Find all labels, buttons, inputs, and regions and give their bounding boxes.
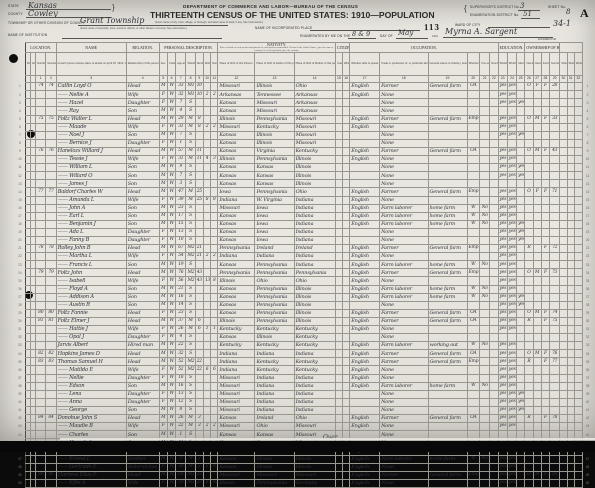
cell-bpm: Illinois xyxy=(294,180,335,188)
cell-name: —— Edson xyxy=(56,382,126,390)
cell-yrs: 3 xyxy=(195,423,203,431)
cell-vet xyxy=(560,196,567,204)
cell-fh xyxy=(541,261,549,269)
cell-fh: F xyxy=(541,309,549,317)
cell-eng: English xyxy=(350,350,380,358)
table-row: 40—— AnnaDaughterFW12SMissouriIndianaInd… xyxy=(15,398,592,406)
cell-name: —— John A xyxy=(56,204,126,212)
cell-cl xyxy=(211,212,218,220)
cell-ind xyxy=(428,406,467,414)
cell-cb xyxy=(203,188,210,196)
cell-yrs xyxy=(195,164,203,172)
cell-ln: 34 xyxy=(15,350,25,358)
cell-own xyxy=(525,326,533,334)
cell-imm xyxy=(335,358,342,366)
subheader-eng: Whether able to speak English; or, if no… xyxy=(350,53,380,76)
group-relation: RELATION. xyxy=(126,43,159,53)
cell-sex: M xyxy=(159,83,167,91)
cell-bpf: Pennsylvania xyxy=(255,301,294,309)
cell-cl xyxy=(211,317,218,325)
cell-name: —— Tessie J xyxy=(56,156,126,164)
cell-bpf: Pennsylvania xyxy=(255,317,294,325)
cell-wr: yes xyxy=(507,301,516,309)
cell-nat xyxy=(343,220,350,228)
cell-bpf: Pennsylvania xyxy=(255,188,294,196)
cell-bl xyxy=(567,334,574,342)
cell-sex: M xyxy=(159,342,167,350)
cell-name: —— Benjamin J xyxy=(56,220,126,228)
cell-fh xyxy=(541,236,549,244)
cell-bp: Illinois xyxy=(218,156,255,164)
cell-sex: M xyxy=(159,350,167,358)
cell-name: —— Francis L xyxy=(56,261,126,269)
cell-own xyxy=(525,180,533,188)
cell-sch xyxy=(517,196,525,204)
cell-bpm: Kentucky xyxy=(294,147,335,155)
table-row: 308181Foltz Elmer JHeadMW37M6IllinoisPen… xyxy=(15,317,592,325)
cell-dw xyxy=(36,374,46,382)
cell-col: W xyxy=(167,123,175,131)
cell-wks xyxy=(490,398,498,406)
cell-fam xyxy=(46,374,56,382)
subheader-ind: General nature of industry, business, or… xyxy=(428,53,467,76)
cell-cl xyxy=(211,293,218,301)
cell-ln: 27 xyxy=(15,293,25,301)
cell-df xyxy=(574,83,582,91)
cell-ln2: 23 xyxy=(582,261,592,269)
cell-col: W xyxy=(167,220,175,228)
cell-nat xyxy=(343,204,350,212)
cell-wr: yes xyxy=(507,91,516,99)
cell-fam: 78 xyxy=(46,245,56,253)
cell-ow xyxy=(480,156,490,164)
cell-bp: Kansas xyxy=(218,293,255,301)
cell-sch xyxy=(517,317,525,325)
cell-mar: S xyxy=(186,180,195,188)
subheader-cl: Number now living. xyxy=(211,53,218,76)
cell-cl xyxy=(211,285,218,293)
cell-ow xyxy=(480,317,490,325)
cell-age: 16 xyxy=(176,293,186,301)
cell-fh xyxy=(541,334,549,342)
cell-wks xyxy=(490,317,498,325)
cell-dw xyxy=(36,390,46,398)
cell-age: 22 xyxy=(176,423,186,431)
cell-mar: S xyxy=(186,204,195,212)
cell-name: Donohue John S xyxy=(56,415,126,423)
cell-own xyxy=(525,390,533,398)
cell-occ: Farm laborer xyxy=(380,212,428,220)
cell-bp: Kansas xyxy=(218,261,255,269)
cell-wks xyxy=(490,309,498,317)
cell-fh: F xyxy=(541,83,549,91)
cell-fam xyxy=(46,228,56,236)
cell-occ: None xyxy=(380,228,428,236)
cell-wr: yes xyxy=(507,131,516,139)
cell-imm xyxy=(335,390,342,398)
cell-imm xyxy=(335,342,342,350)
cell-age: 33 xyxy=(176,83,186,91)
cell-mtg xyxy=(533,390,541,398)
cell-mar: S xyxy=(186,309,195,317)
cell-wks xyxy=(490,277,498,285)
cell-imm xyxy=(335,245,342,253)
cell-age: 57 xyxy=(176,147,186,155)
cell-sex: M xyxy=(159,285,167,293)
cell-ln: 43 xyxy=(15,423,25,431)
cell-nat xyxy=(343,147,350,155)
cell-cl xyxy=(211,309,218,317)
cell-eng: English xyxy=(350,277,380,285)
table-row: 6—— MaudeWifeFW31M822MissouriKentuckyMis… xyxy=(15,123,592,131)
cell-bl xyxy=(567,99,574,107)
cell-bl xyxy=(567,115,574,123)
institution-label: NAME OF INSTITUTION xyxy=(8,33,47,37)
cell-cb xyxy=(203,236,210,244)
year-label: 1910 xyxy=(432,35,438,38)
cell-cls xyxy=(467,123,479,131)
cell-ow xyxy=(480,107,490,115)
cell-ln2: 25 xyxy=(582,277,592,285)
cell-bpf: Pennsylvania xyxy=(255,285,294,293)
cell-vet xyxy=(560,156,567,164)
cell-ind: working out xyxy=(428,342,467,350)
cell-mar: S xyxy=(186,212,195,220)
cell-occ: Farmer xyxy=(380,245,428,253)
cell-rd: yes xyxy=(498,366,507,374)
column-number-rd: 23 xyxy=(498,76,507,83)
cell-fh xyxy=(541,156,549,164)
cell-sch xyxy=(517,342,525,350)
table-row: 15—— Amanda LWifeFW39M2588IndianaW. Virg… xyxy=(15,196,592,204)
cell-dw: 80 xyxy=(36,309,46,317)
cell-bp: Iowa xyxy=(218,188,255,196)
cell-occ: Farmer xyxy=(380,309,428,317)
cell-sch: yes xyxy=(517,164,525,172)
cell-cls: OA xyxy=(467,147,479,155)
table-row: 17—— Earl LSonMW17SKansasIowaIndianaEngl… xyxy=(15,212,592,220)
cell-age: 18 xyxy=(176,374,186,382)
cell-sex: M xyxy=(159,269,167,277)
cell-yrs xyxy=(195,212,203,220)
cell-nat xyxy=(343,212,350,220)
cell-bp: Indiana xyxy=(218,350,255,358)
cell-bpm: Ohio xyxy=(294,277,335,285)
supervisor-district-label: SUPERVISOR'S DISTRICT No. xyxy=(470,5,520,9)
cell-age: 13 xyxy=(176,228,186,236)
table-row: 18—— Benjamin JSonMW15SKansasIowaIndiana… xyxy=(15,220,592,228)
cell-own xyxy=(525,423,533,431)
cell-fh xyxy=(541,220,549,228)
cell-imm xyxy=(335,156,342,164)
cell-ind xyxy=(428,156,467,164)
cell-own xyxy=(525,212,533,220)
cell-ind xyxy=(428,398,467,406)
cell-own xyxy=(525,196,533,204)
cell-sched xyxy=(550,236,560,244)
cell-yrs xyxy=(195,107,203,115)
cell-occ: None xyxy=(380,326,428,334)
cell-dw: 79 xyxy=(36,269,46,277)
cell-sch xyxy=(517,415,525,423)
cell-bp: Kansas xyxy=(218,99,255,107)
cell-sched xyxy=(550,277,560,285)
cell-rel: Daughter xyxy=(126,236,159,244)
cell-rd: yes xyxy=(498,99,507,107)
cell-vet xyxy=(560,317,567,325)
cell-ln2: 30 xyxy=(582,317,592,325)
cell-bl xyxy=(567,91,574,99)
cell-col: W xyxy=(167,204,175,212)
cell-age: 31 xyxy=(176,156,186,164)
cell-bpm: Ohio xyxy=(294,188,335,196)
cell-eng: English xyxy=(350,415,380,423)
cell-ind: home farm xyxy=(428,382,467,390)
group-location: LOCATION. xyxy=(25,43,56,53)
cell-mtg xyxy=(533,423,541,431)
cell-occ: None xyxy=(380,398,428,406)
cell-cb xyxy=(203,228,210,236)
cell-mtg: F xyxy=(533,188,541,196)
cell-mar: S xyxy=(186,228,195,236)
cell-mtg xyxy=(533,156,541,164)
cell-yrs: 11 xyxy=(195,156,203,164)
cell-wr: yes xyxy=(507,204,516,212)
cell-occ: Farm laborer xyxy=(380,285,428,293)
cell-ln: 11 xyxy=(15,164,25,172)
cell-wr xyxy=(507,107,516,115)
cell-wks xyxy=(490,83,498,91)
cell-sex: F xyxy=(159,423,167,431)
cell-rd: yes xyxy=(498,382,507,390)
cell-rd: yes xyxy=(498,415,507,423)
cell-cls: Emp xyxy=(467,358,479,366)
cell-age: 52 xyxy=(176,366,186,374)
cell-wks xyxy=(490,91,498,99)
cell-imm xyxy=(335,180,342,188)
cell-ln2: 10 xyxy=(582,156,592,164)
cell-imm xyxy=(335,326,342,334)
cell-bpm: Pennsylvania xyxy=(294,269,335,277)
cell-ln2: 6 xyxy=(582,123,592,131)
cell-wr: yes xyxy=(507,398,516,406)
column-number-bpf: 13 xyxy=(255,76,294,83)
table-row: 20—— Fanny BDaughterFW10SKansasIowaIndia… xyxy=(15,236,592,244)
cell-mar: M xyxy=(186,423,195,431)
cell-bl xyxy=(567,131,574,139)
subheader-own: Owned or rented. xyxy=(525,53,533,76)
cell-ind xyxy=(428,390,467,398)
subheader-wr: Whether able to write. xyxy=(507,53,516,76)
cell-mar: S xyxy=(186,107,195,115)
cell-sch xyxy=(517,309,525,317)
cell-sex: M xyxy=(159,406,167,414)
cell-mtg: F xyxy=(533,83,541,91)
cell-name: Catlin Loyd O xyxy=(56,83,126,91)
cell-mtg xyxy=(533,172,541,180)
cell-mtg xyxy=(533,334,541,342)
cell-eng: English xyxy=(350,293,380,301)
cell-name: —— George xyxy=(56,406,126,414)
cell-wks xyxy=(490,212,498,220)
cell-yrs: 3 xyxy=(195,415,203,423)
cell-ind: General farm xyxy=(428,317,467,325)
subheader-rd: Whether able to read. xyxy=(498,53,507,76)
table-row: 97676Hanelozs Willard JHeadMW57M11Kansas… xyxy=(15,147,592,155)
cell-wks xyxy=(490,366,498,374)
cell-dw xyxy=(36,398,46,406)
cell-cb xyxy=(203,358,210,366)
paper-edge-sliver xyxy=(60,438,595,440)
cell-vet xyxy=(560,293,567,301)
cell-sex: M xyxy=(159,131,167,139)
cell-own: O xyxy=(525,115,533,123)
column-number-cb: 10 xyxy=(203,76,210,83)
cell-bl xyxy=(567,342,574,350)
cell-sched xyxy=(550,91,560,99)
cell-yrs xyxy=(195,309,203,317)
cell-own xyxy=(525,406,533,414)
cell-wr: yes xyxy=(507,164,516,172)
cell-mtg xyxy=(533,253,541,261)
column-number-nat: 16 xyxy=(343,76,350,83)
cell-df xyxy=(574,350,582,358)
cell-ln: 9 xyxy=(15,147,25,155)
cell-wr: yes xyxy=(507,277,516,285)
cell-col: W xyxy=(167,261,175,269)
table-row: 10—— Tessie JWifeFW31M1143IllinoisPennsy… xyxy=(15,156,592,164)
cell-imm xyxy=(335,406,342,414)
cell-vet xyxy=(560,115,567,123)
cell-bl xyxy=(567,269,574,277)
cell-fam xyxy=(46,123,56,131)
cell-sex: F xyxy=(159,156,167,164)
group-misc xyxy=(560,43,583,53)
cell-cl xyxy=(211,228,218,236)
cell-age: 23 xyxy=(176,309,186,317)
cell-col: W xyxy=(167,164,175,172)
page-stamp: 113 xyxy=(424,22,440,32)
cell-bl xyxy=(567,277,574,285)
scan-bottom-band xyxy=(0,441,595,452)
cell-nat xyxy=(343,277,350,285)
cell-sch xyxy=(517,285,525,293)
cell-occ: None xyxy=(380,164,428,172)
cell-wks xyxy=(490,269,498,277)
cell-col: W xyxy=(167,301,175,309)
cell-occ: Farmer xyxy=(380,415,428,423)
cell-sched xyxy=(550,390,560,398)
cell-bpm: Indiana xyxy=(294,350,335,358)
cell-bpm: Illinois xyxy=(294,172,335,180)
cell-occ: Farmer xyxy=(380,188,428,196)
cell-rel: Head xyxy=(126,269,159,277)
cell-nat xyxy=(343,180,350,188)
cell-cb xyxy=(203,83,210,91)
cell-yrs: 25 xyxy=(195,196,203,204)
cell-cls: W xyxy=(467,293,479,301)
cell-name: —— Opal J xyxy=(56,334,126,342)
cell-yrs: 25 xyxy=(195,188,203,196)
cell-sex: M xyxy=(159,415,167,423)
cell-sched: 71 xyxy=(550,188,560,196)
cell-mtg: M xyxy=(533,350,541,358)
cell-col: W xyxy=(167,91,175,99)
cell-fh xyxy=(541,342,549,350)
cell-bpm: Indiana xyxy=(294,398,335,406)
cell-dw xyxy=(36,172,46,180)
cell-sch xyxy=(517,107,525,115)
cell-sch xyxy=(517,366,525,374)
cell-sched xyxy=(550,139,560,147)
cell-yrs: 10 xyxy=(195,91,203,99)
cell-eng xyxy=(350,406,380,414)
cell-ow: No xyxy=(480,285,490,293)
cell-own xyxy=(525,293,533,301)
subheader-sched: Number of farm schedule. xyxy=(550,53,560,76)
cell-sch: yes xyxy=(517,390,525,398)
cell-bp: Indiana xyxy=(218,366,255,374)
cell-bpf: Kentucky xyxy=(255,366,294,374)
cell-bpf: Pennsylvania xyxy=(255,261,294,269)
cell-bpf: Virginia xyxy=(255,147,294,155)
table-row: 16—— John ASonMW23SMissouriIowaIndianaEn… xyxy=(15,204,592,212)
cell-ln2: 3 xyxy=(582,99,592,107)
column-number-sched: 29 xyxy=(550,76,560,83)
cell-sex: M xyxy=(159,212,167,220)
cell-dw: 78 xyxy=(36,245,46,253)
cell-yrs: 8 xyxy=(195,115,203,123)
cell-yrs xyxy=(195,172,203,180)
cell-cl xyxy=(211,406,218,414)
subheader-mtg: Owned free or mortgaged. xyxy=(533,53,541,76)
cell-ln2: 33 xyxy=(582,342,592,350)
cell-wr: yes xyxy=(507,123,516,131)
table-row: 43—— Maudie BWifeFW22M322MissouriOhioMis… xyxy=(15,423,592,431)
cell-df xyxy=(574,196,582,204)
cell-col: W xyxy=(167,334,175,342)
cell-eng xyxy=(350,334,380,342)
cell-dw xyxy=(36,423,46,431)
column-number-eng: 17 xyxy=(350,76,380,83)
table-row: 11—— William LSonMW9SKansasKansasIllinoi… xyxy=(15,164,592,172)
cell-bl xyxy=(567,196,574,204)
cell-wks xyxy=(490,188,498,196)
cell-eng xyxy=(350,236,380,244)
cell-ln2: 24 xyxy=(582,269,592,277)
cell-ln2: 16 xyxy=(582,204,592,212)
cell-mar: S xyxy=(186,406,195,414)
cell-bpm: Illinois xyxy=(294,293,335,301)
cell-bp: Illinois xyxy=(218,277,255,285)
cell-fh xyxy=(541,139,549,147)
cell-bpm: Kentucky xyxy=(294,334,335,342)
cell-cls xyxy=(467,390,479,398)
cell-own xyxy=(525,342,533,350)
cell-sex: F xyxy=(159,398,167,406)
cell-name: —— Fanny B xyxy=(56,236,126,244)
cell-df xyxy=(574,204,582,212)
cell-occ: None xyxy=(380,156,428,164)
cell-own: R xyxy=(525,415,533,423)
group-home-ownership: OWNERSHIP OF HOME. xyxy=(525,43,560,53)
cell-ln: 22 xyxy=(15,253,25,261)
cell-bl xyxy=(567,366,574,374)
enumerator-signature: Myrna A. Sargent xyxy=(445,27,517,36)
cell-bp: Kansas xyxy=(218,172,255,180)
cell-eng: English xyxy=(350,83,380,91)
cell-yrs: 43 xyxy=(195,269,203,277)
